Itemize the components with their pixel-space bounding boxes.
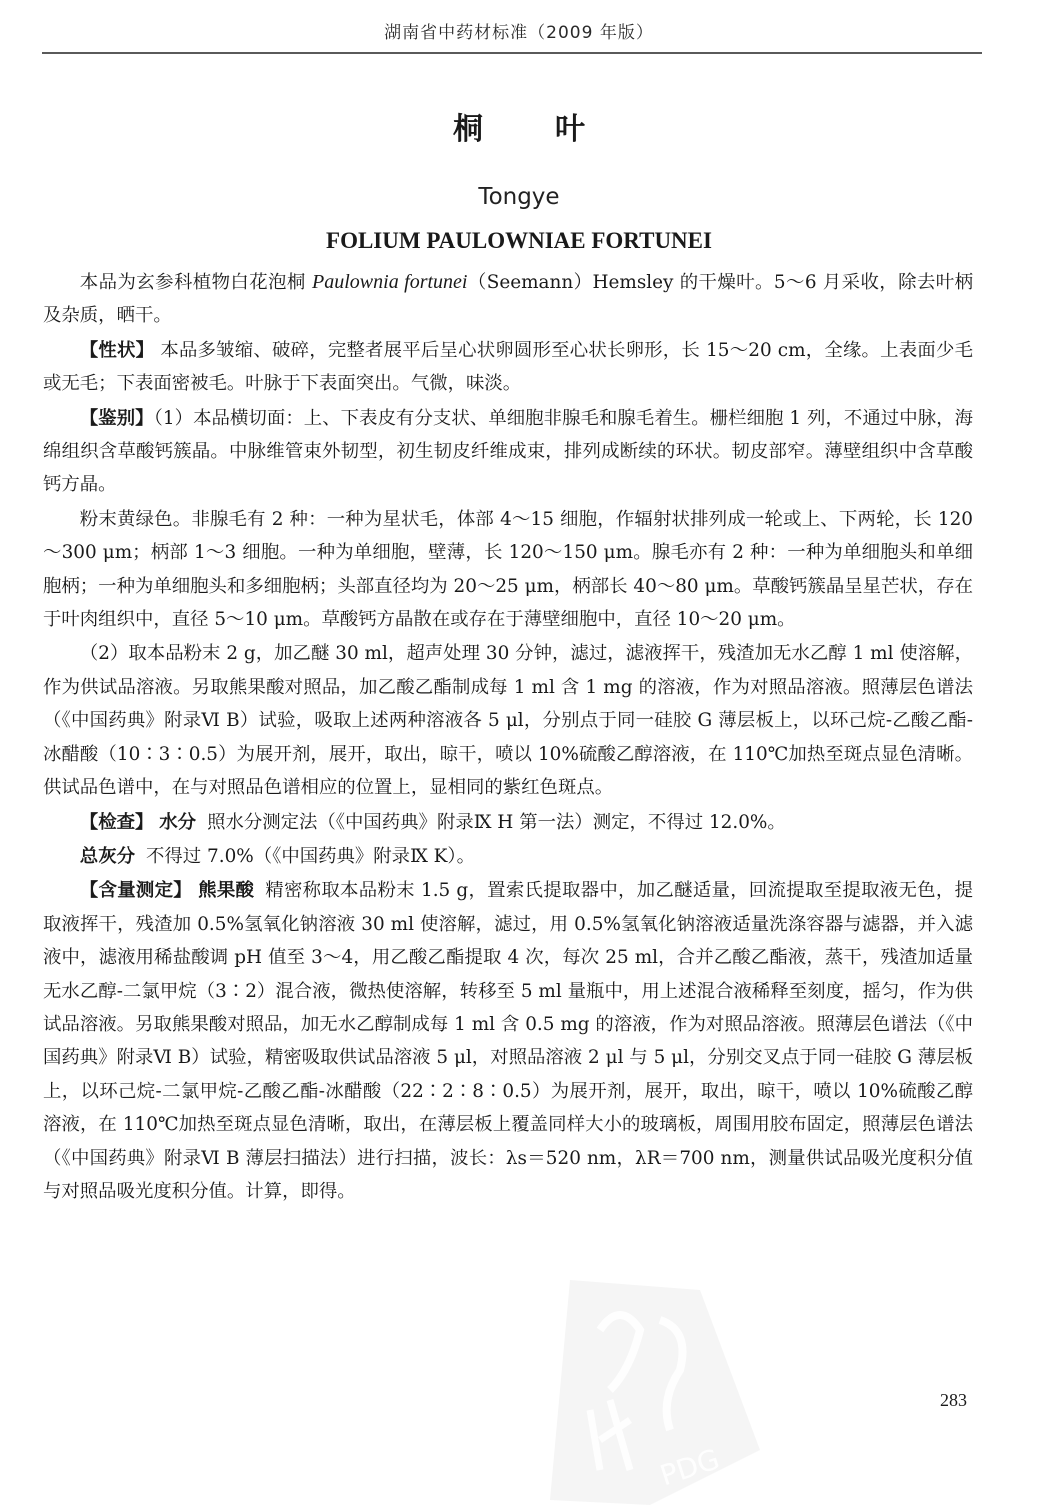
page-title: 桐叶: [0, 104, 1038, 148]
assay-paragraph: 【含量测定】 熊果酸精密称取本品粉末 1.5 g，置索氏提取器中，加乙醚适量，回…: [43, 874, 973, 1208]
section-label-assay: 【含量测定】: [80, 880, 192, 901]
description-text: 本品多皱缩、破碎，完整者展平后呈心状卵圆形至心状长卵形，长 15～20 cm，全…: [43, 340, 973, 394]
intro-paragraph: 本品为玄参科植物白花泡桐 Paulownia fortunei（Seemann）…: [43, 266, 973, 333]
inspection-ash-paragraph: 总灰分不得过 7.0%（《中国药典》附录Ⅸ K）。: [43, 840, 973, 873]
description-paragraph: 【性状】 本品多皱缩、破碎，完整者展平后呈心状卵圆形至心状长卵形，长 15～20…: [43, 334, 973, 401]
title-pinyin: Tongye: [0, 184, 1038, 210]
section-label-description: 【性状】: [80, 340, 154, 361]
assay-text: 精密称取本品粉末 1.5 g，置索氏提取器中，加乙醚适量，回流提取至提取液无色，…: [43, 880, 973, 1202]
ash-text: 不得过 7.0%（《中国药典》附录Ⅸ K）。: [146, 846, 475, 867]
title-char-2: 叶: [555, 104, 585, 148]
svg-text:PDG: PDG: [656, 1442, 723, 1492]
pdg-watermark-icon: PDG: [530, 1270, 770, 1505]
sub-label-total-ash: 总灰分: [80, 846, 135, 867]
sub-label-water: 水分: [159, 812, 196, 833]
header-rule: [42, 52, 982, 54]
water-text: 照水分测定法（《中国药典》附录Ⅸ H 第一法）测定，不得过 12.0%。: [207, 812, 786, 833]
identification-paragraph-3: （2）取本品粉末 2 g，加乙醚 30 ml，超声处理 30 分钟，滤过，滤液挥…: [43, 637, 973, 804]
sub-label-ursolic-acid: 熊果酸: [198, 880, 254, 901]
section-label-inspection: 【检查】: [80, 812, 154, 833]
running-header: 湖南省中药材标准（2009 年版）: [0, 18, 1038, 43]
section-label-identification: 【鉴别】: [80, 408, 154, 429]
identification-paragraph-2: 粉末黄绿色。非腺毛有 2 种：一种为星状毛，体部 4～15 细胞，作辐射状排列成…: [43, 503, 973, 637]
inspection-water-paragraph: 【检查】 水分照水分测定法（《中国药典》附录Ⅸ H 第一法）测定，不得过 12.…: [43, 806, 973, 839]
intro-pre: 本品为玄参科植物白花泡桐: [80, 272, 312, 293]
species-name: Paulownia fortunei: [312, 271, 467, 293]
identification-paragraph-1: 【鉴别】（1）本品横切面：上、下表皮有分支状、单细胞非腺毛和腺毛着生。栅栏细胞 …: [43, 402, 973, 502]
identification-text-1: （1）本品横切面：上、下表皮有分支状、单细胞非腺毛和腺毛着生。栅栏细胞 1 列，…: [43, 408, 973, 496]
title-char-1: 桐: [453, 104, 483, 148]
monograph-body: 本品为玄参科植物白花泡桐 Paulownia fortunei（Seemann）…: [43, 266, 973, 1208]
title-latin-name: FOLIUM PAULOWNIAE FORTUNEI: [0, 228, 1038, 254]
page-number: 283: [940, 1390, 967, 1411]
